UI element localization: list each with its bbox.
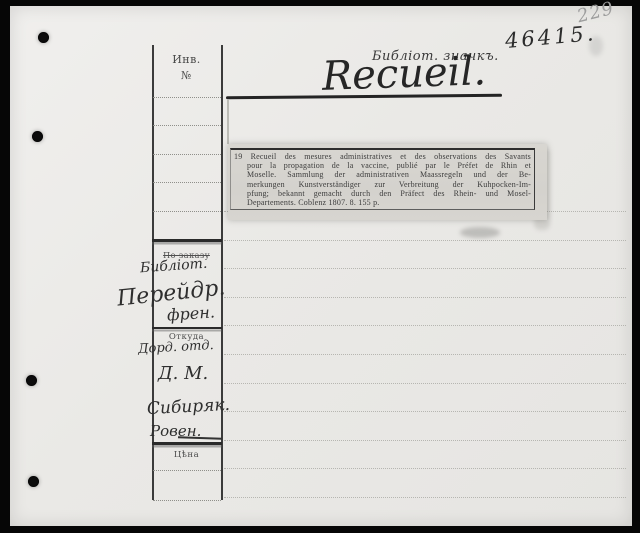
ruled-line <box>224 240 626 241</box>
ink-smudge <box>460 227 500 238</box>
inventory-label: Инв. № <box>152 53 221 82</box>
column-dotted-line <box>153 500 221 501</box>
ruled-line <box>224 468 626 469</box>
column-right-border <box>221 45 223 500</box>
ruled-line <box>224 325 626 326</box>
ruled-line <box>224 383 626 384</box>
section-divider <box>152 239 222 242</box>
handwritten-origin-entry-2: Д. М. <box>158 365 208 383</box>
handwritten-order-entry-3: френ. <box>167 304 216 323</box>
inventory-label-line1: Инв. <box>152 53 221 66</box>
clipping-border-box: 19 Recueil des mesures administratives e… <box>230 148 535 210</box>
handwritten-origin-entry-3: Сибиряк. <box>147 397 231 418</box>
price-section-label: Цѣна <box>152 450 221 460</box>
ruled-line <box>224 268 626 269</box>
clipping-text-line: pfung; bekannt gemacht durch den Präfect… <box>234 189 531 198</box>
pasted-clipping: 19 Recueil des mesures administratives e… <box>228 144 547 220</box>
column-dotted-line <box>153 470 221 471</box>
crease-mark <box>227 100 229 144</box>
punch-hole <box>32 131 43 142</box>
section-divider <box>152 442 222 445</box>
section-divider <box>152 327 222 329</box>
handwritten-title: Recueil. <box>321 51 486 97</box>
clipping-text-line: Departements. Coblenz 1807. 8. 155 p. <box>234 198 531 207</box>
ruled-line <box>224 411 626 412</box>
clipping-text-line: merkungen Kunstverständiger zur Verbreit… <box>234 180 531 189</box>
ruled-line <box>224 297 626 298</box>
punch-hole <box>38 32 49 43</box>
column-dotted-line <box>153 182 221 183</box>
punch-hole <box>28 476 39 487</box>
column-dotted-line <box>153 97 221 98</box>
column-dotted-line <box>153 211 221 212</box>
column-dotted-line <box>153 154 221 155</box>
clipping-text-line: 19 Recueil des mesures administratives e… <box>234 152 531 161</box>
card-paper <box>10 6 632 526</box>
column-dotted-line <box>153 125 221 126</box>
punch-hole <box>26 375 37 386</box>
ruled-line <box>224 440 626 441</box>
clipping-text-line: Moselle. Sammlung der administrativen Ma… <box>234 170 531 179</box>
inventory-label-line2: № <box>152 69 221 82</box>
ruled-line <box>224 497 626 498</box>
handwritten-origin-entry-1: Дорд. отд. <box>138 339 214 356</box>
clipping-text-line: pour la propagation de la vaccine, publi… <box>234 161 531 170</box>
ruled-line <box>224 354 626 355</box>
scanned-catalog-card: Инв. № По заказу Библіот. Перейдр. френ.… <box>0 0 640 533</box>
